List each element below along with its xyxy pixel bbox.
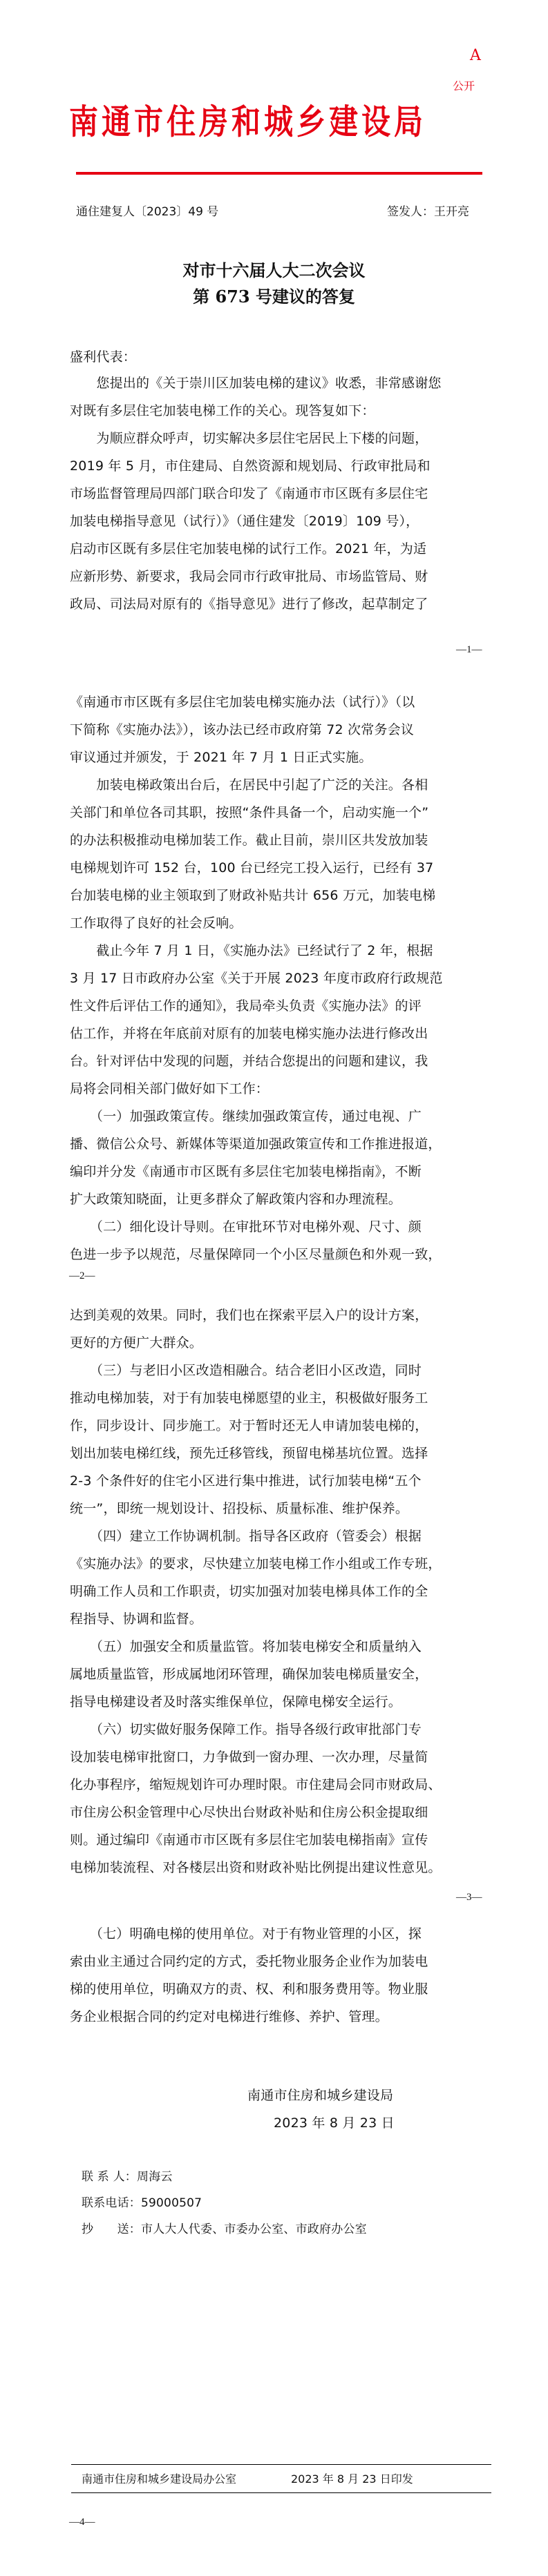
body-line: 启动市区既有多层住宅加装电梯的试行工作。2021 年，为适: [70, 539, 479, 557]
body-line: 下简称《实施办法》），该办法已经市政府第 72 次常务会议: [70, 719, 479, 738]
page-number-3: —3—: [456, 1892, 482, 1904]
body-line: 加装电梯政策出台后，在居民中引起了广泛的关注。各相: [70, 775, 479, 793]
body-line: 电梯加装流程、对各楼层出资和财政补贴比例提出建议性意见。: [70, 1857, 479, 1876]
body-line: 性文件后评估工作的通知》，我局牵头负责《实施办法》的评: [70, 996, 479, 1014]
body-line: 2019 年 5 月，市住建局、自然资源和规划局、行政审批局和: [70, 456, 479, 474]
body-line: 设加装电梯审批窗口，力争做到一窗办理、一次办理，尽量简: [70, 1747, 479, 1765]
contact-phone: 联系电话：59000507: [82, 2193, 202, 2210]
body-line: 梯的使用单位，明确双方的责、权、利和服务费用等。物业服: [70, 1979, 479, 1997]
header-red-rule: [76, 172, 482, 175]
document-level-mark: A: [470, 47, 481, 64]
footer-bottom-rule: [71, 2492, 491, 2493]
body-line: 台加装电梯的业主领取到了财政补贴共计 656 万元，加装电梯: [70, 885, 479, 904]
body-line: 明确工作人员和工作职责，切实加强对加装电梯具体工作的全: [70, 1581, 479, 1600]
body-line: 关部门和单位各司其职，按照“条件具备一个，启动实施一个”: [70, 802, 479, 821]
body-line: 程指导、协调和监督。: [70, 1609, 479, 1627]
page-number-2: —2—: [69, 1270, 95, 1282]
signature-org: 南通市住房和城乡建设局: [247, 2085, 393, 2104]
body-line: 则。通过编印《南通市市区既有多层住宅加装电梯指南》宣传: [70, 1830, 479, 1848]
body-line: 播、微信公众号、新媒体等渠道加强政策宣传和工作推进报道，: [70, 1134, 479, 1152]
body-line: 扩大政策知晓面，让更多群众了解政策内容和办理流程。: [70, 1189, 479, 1208]
contact-person-label: 联 系 人：: [82, 2170, 137, 2184]
body-line: 达到美观的效果。同时，我们也在探索平层入户的设计方案，: [70, 1305, 479, 1324]
page-number-1: —1—: [456, 644, 482, 656]
body-line: 应新形势、新要求，我局会同市行政审批局、市场监管局、财: [70, 566, 479, 585]
footer-office: 南通市住房和城乡建设局办公室: [82, 2470, 236, 2486]
body-line: 电梯规划许可 152 台，100 台已经完工投入运行，已经有 37: [70, 858, 479, 876]
body-line: 《南通市市区既有多层住宅加装电梯实施办法（试行）》（以: [70, 692, 479, 710]
doc-title-line-1: 对市十六届人大二次会议: [0, 257, 548, 281]
body-line: 务企业根据合同的约定对电梯进行维修、养护、管理。: [70, 2006, 479, 2025]
page-number-4: —4—: [69, 2517, 95, 2528]
body-line: （一）加强政策宣传。继续加强政策宣传，通过电视、广: [70, 1106, 479, 1125]
disclosure-label: 公开: [453, 77, 475, 93]
signer: 签发人：王开亮: [387, 202, 469, 219]
body-line: 推动电梯加装，对于有加装电梯愿望的业主，积极做好服务工: [70, 1388, 479, 1406]
body-line: （五）加强安全和质量监管。将加装电梯安全和质量纳入: [70, 1636, 479, 1655]
body-line: 属地质量监管，形成属地闭环管理，确保加装电梯质量安全，: [70, 1664, 479, 1683]
document-number: 通住建复人〔2023〕49 号: [76, 202, 218, 219]
footer-top-rule: [71, 2464, 491, 2465]
contact-phone-number: 59000507: [141, 2196, 202, 2210]
body-line: 估工作，并将在年底前对原有的加装电梯实施办法进行修改出: [70, 1023, 479, 1042]
cc-label: 抄 送：: [82, 2222, 141, 2236]
contact-phone-label: 联系电话：: [82, 2196, 141, 2210]
body-line: 市场监督管理局四部门联合印发了《南通市市区既有多层住宅: [70, 483, 479, 502]
body-line: 化办事程序，缩短规划许可办理时限。市住建局会同市财政局、: [70, 1774, 479, 1793]
body-line: 3 月 17 日市政府办公室《关于开展 2023 年度市政府行政规范: [70, 968, 479, 987]
body-line: 加装电梯指导意见（试行）》（通住建发〔2019〕109 号），: [70, 511, 479, 530]
body-line: 局将会同相关部门做好如下工作：: [70, 1078, 479, 1097]
body-line: 指导电梯建设者及时落实维保单位，保障电梯安全运行。: [70, 1692, 479, 1710]
body-line: 《实施办法》的要求，尽快建立加装电梯工作小组或工作专班，: [70, 1553, 479, 1572]
body-line: （六）切实做好服务保障工作。指导各级行政审批部门专: [70, 1719, 479, 1738]
body-line: 对既有多层住宅加装电梯工作的关心。现答复如下：: [70, 400, 479, 419]
contact-person: 联 系 人：周海云: [82, 2167, 173, 2184]
body-line: 色进一步予以规范，尽量保障同一个小区尽量颜色和外观一致，: [70, 1244, 479, 1263]
body-line: 工作取得了良好的社会反响。: [70, 913, 479, 931]
body-line: （三）与老旧小区改造相融合。结合老旧小区改造，同时: [70, 1360, 479, 1379]
body-line: 划出加装电梯红线，预先迁移管线，预留电梯基坑位置。选择: [70, 1443, 479, 1462]
body-line: 作，同步设计、同步施工。对于暂时还无人申请加装电梯的，: [70, 1415, 479, 1434]
body-line: 您提出的《关于崇川区加装电梯的建议》收悉，非常感谢您: [70, 373, 479, 391]
body-line: （四）建立工作协调机制。指导各区政府（管委会）根据: [70, 1526, 479, 1544]
body-line: 市住房公积金管理中心尽快出台财政补贴和住房公积金提取细: [70, 1802, 479, 1821]
body-line: 编印并分发《南通市市区既有多层住宅加装电梯指南》，不断: [70, 1161, 479, 1180]
footer-print-date: 2023 年 8 月 23 日印发: [291, 2470, 413, 2486]
body-line: 政局、司法局对原有的《指导意见》进行了修改，起草制定了: [70, 594, 479, 612]
cc-recipients: 市人大人代委、市委办公室、市政府办公室: [141, 2222, 367, 2236]
body-line: 统一”，即统一规划设计、招投标、质量标准、维护保养。: [70, 1498, 479, 1517]
body-line: 为顺应群众呼声，切实解决多层住宅居民上下楼的问题，: [70, 428, 479, 447]
signature-date: 2023 年 8 月 23 日: [274, 2113, 395, 2131]
body-line: 2-3 个条件好的住宅小区进行集中推进，试行加装电梯“五个: [70, 1471, 479, 1489]
doc-title-line-2: 第 673 号建议的答复: [0, 283, 548, 307]
body-line: （二）细化设计导则。在审批环节对电梯外观、尺寸、颜: [70, 1217, 479, 1235]
body-line: 索由业主通过合同约定的方式，委托物业服务企业作为加装电: [70, 1951, 479, 1970]
carbon-copy: 抄 送：市人大人代委、市委办公室、市政府办公室: [82, 2219, 367, 2236]
issuer-banner: 南通市住房和城乡建设局: [69, 95, 484, 144]
body-line: 更好的方便广大群众。: [70, 1333, 479, 1351]
contact-person-name: 周海云: [137, 2170, 173, 2184]
body-line: 截止今年 7 月 1 日，《实施办法》已经试行了 2 年，根据: [70, 940, 479, 959]
body-line: （七）明确电梯的使用单位。对于有物业管理的小区，探: [70, 1924, 479, 1942]
body-line: 审议通过并颁发，于 2021 年 7 月 1 日正式实施。: [70, 747, 479, 766]
body-line: 的办法积极推动电梯加装工作。截止目前，崇川区共发放加装: [70, 830, 479, 849]
salutation: 盛利代表：: [70, 347, 479, 365]
body-line: 台。针对评估中发现的问题，并结合您提出的问题和建议，我: [70, 1051, 479, 1069]
